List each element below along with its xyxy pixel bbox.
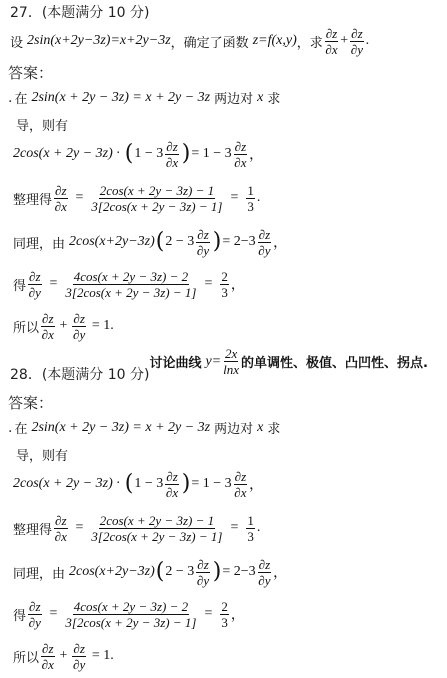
question-ask: ，求 bbox=[297, 32, 323, 51]
answer-label: 答案： bbox=[8, 392, 53, 413]
fraction: ∂z∂y bbox=[72, 312, 85, 341]
fraction-dz-dy: ∂z∂y bbox=[350, 27, 363, 56]
fraction: ∂z∂x bbox=[54, 514, 67, 543]
solution-line-4: 整理得 ∂z∂x = 2cos(x + 2y − 3z) − 13[2cos(x… bbox=[13, 180, 260, 216]
plus-sign: + bbox=[340, 33, 348, 49]
problem-question: 28．(本题满分 10 分) 讨论曲线 y= 2xlnx 的单调性、极值、凸凹性… bbox=[10, 354, 428, 384]
fraction: ∂z∂x bbox=[41, 312, 54, 341]
fraction-dz-dx: ∂z∂x bbox=[325, 27, 338, 56]
problem-question: 设 2sin(x+2y−3z)=x+2y−3z ，确定了函数 z=f(x,y) … bbox=[10, 24, 369, 58]
solution-line-4: 整理得 ∂z∂x = 2cos(x + 2y − 3z) − 13[2cos(x… bbox=[13, 510, 260, 546]
solution-line-3: 2cos(x + 2y − 3z) · ( 1 − 3 ∂z∂x ) = 1 −… bbox=[13, 467, 263, 501]
solution-line-6: 得 ∂z∂y = 4cos(x + 2y − 3z) − 23[2cos(x +… bbox=[13, 266, 245, 302]
answer-label: 答案： bbox=[8, 62, 53, 83]
fraction: ∂z∂x bbox=[165, 470, 178, 499]
solution-line-1: . 在 2sin(x + 2y − 3z) = x + 2y − 3z 两边对 … bbox=[8, 88, 280, 107]
problem-header: 28．(本题满分 10 分) bbox=[10, 364, 149, 384]
fraction: 23 bbox=[220, 270, 229, 299]
question-equation: 2sin(x+2y−3z)=x+2y−3z bbox=[27, 33, 171, 49]
fraction: 4cos(x + 2y − 3z) − 23[2cos(x + 2y − 3z)… bbox=[65, 600, 196, 629]
fraction: ∂z∂y bbox=[196, 558, 209, 587]
fraction: 2cos(x + 2y − 3z) − 13[2cos(x + 2y − 3z)… bbox=[91, 184, 222, 213]
solution-line-7: 所以 ∂z∂x + ∂z∂y = 1. bbox=[13, 639, 114, 673]
question-function: z=f(x,y) bbox=[253, 33, 297, 49]
question-middle: ，确定了函数 bbox=[171, 32, 249, 51]
solution-line-5: 同理，由 2cos(x+2y−3z) ( 2 − 3 ∂z∂y ) = 2−3 … bbox=[13, 554, 287, 590]
solution-line-3: 2cos(x + 2y − 3z) · ( 1 − 3 ∂z∂x ) = 1 −… bbox=[13, 137, 263, 171]
fraction: ∂z∂y bbox=[28, 600, 41, 629]
solution-line-1: . 在 2sin(x + 2y − 3z) = x + 2y − 3z 两边对 … bbox=[8, 418, 280, 437]
fraction: 4cos(x + 2y − 3z) − 23[2cos(x + 2y − 3z)… bbox=[65, 270, 196, 299]
fraction: ∂z∂x bbox=[41, 642, 54, 671]
question-prefix: 设 bbox=[10, 32, 23, 51]
fraction: ∂z∂x bbox=[54, 184, 67, 213]
fraction: ∂z∂y bbox=[28, 270, 41, 299]
solution-line-5: 同理，由 2cos(x+2y−3z) ( 2 − 3 ∂z∂y ) = 2−3 … bbox=[13, 224, 287, 260]
fraction: 2xlnx bbox=[223, 347, 239, 376]
solution-line-6: 得 ∂z∂y = 4cos(x + 2y − 3z) − 23[2cos(x +… bbox=[13, 596, 245, 632]
solution-line-7: 所以 ∂z∂x + ∂z∂y = 1. bbox=[13, 309, 114, 343]
fraction: ∂z∂x bbox=[234, 470, 247, 499]
fraction: ∂z∂x bbox=[234, 140, 247, 169]
problem-header: 27．(本题满分 10 分) bbox=[10, 2, 149, 22]
fraction: ∂z∂y bbox=[258, 228, 271, 257]
solution-line-2: 导，则有 bbox=[16, 115, 68, 134]
fraction: 2cos(x + 2y − 3z) − 13[2cos(x + 2y − 3z)… bbox=[91, 514, 222, 543]
fraction: 23 bbox=[220, 600, 229, 629]
fraction: 13 bbox=[246, 184, 255, 213]
solution-line-2: 导，则有 bbox=[16, 445, 68, 464]
fraction: 13 bbox=[246, 514, 255, 543]
fraction: ∂z∂y bbox=[196, 228, 209, 257]
fraction: ∂z∂x bbox=[165, 140, 178, 169]
fraction: ∂z∂y bbox=[72, 642, 85, 671]
fraction: ∂z∂y bbox=[258, 558, 271, 587]
